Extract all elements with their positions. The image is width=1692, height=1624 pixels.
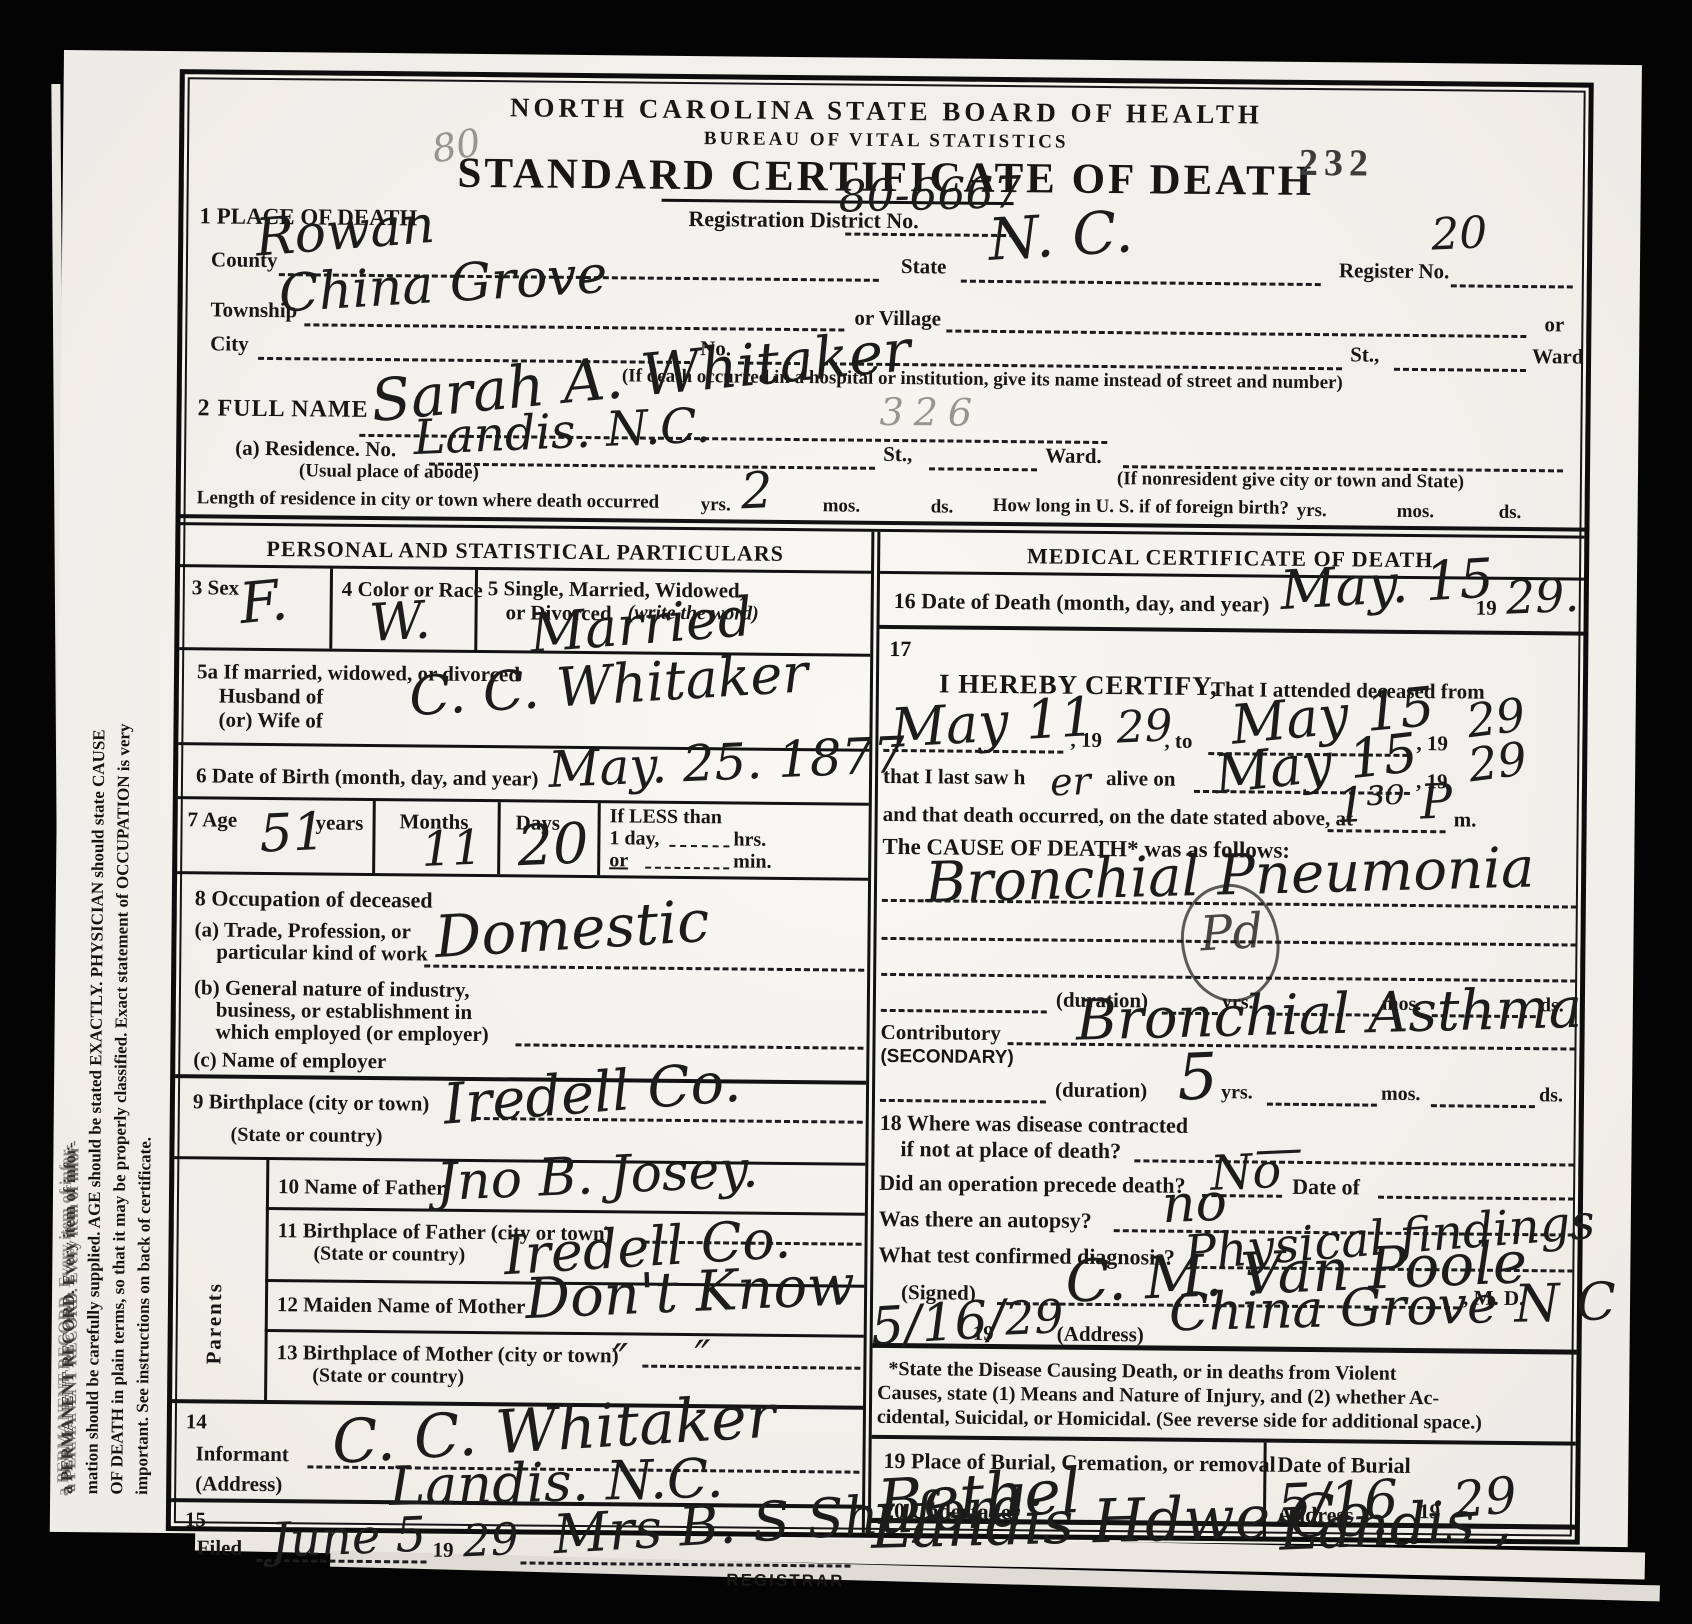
color-race-value: W.: [368, 594, 432, 650]
dotted-line: [929, 467, 1037, 471]
yrs-value: 2: [740, 465, 774, 516]
dotted-line: [1394, 368, 1526, 372]
duration2-mos-label: mos.: [1381, 1084, 1421, 1106]
dotted-line: [515, 1043, 863, 1049]
from-year-value: 29: [1116, 704, 1174, 750]
pencil-number-top: 80: [429, 123, 483, 168]
birthplace-note: (State or country): [230, 1125, 382, 1148]
dod-year-value: 29.: [1505, 572, 1580, 621]
sex-value: F.: [237, 573, 290, 633]
register-no-value: 20: [1430, 211, 1488, 257]
rule: [879, 625, 1583, 636]
autopsy-label: Was there an autopsy?: [879, 1207, 1092, 1233]
sex-label: 3 Sex: [192, 576, 239, 599]
filed-label: Filed: [197, 1536, 243, 1559]
dotted-line: [881, 1009, 1047, 1014]
ward-label: Ward: [1532, 345, 1584, 368]
dotted-line: [961, 280, 1321, 286]
informant-address-label: (Address): [195, 1472, 282, 1496]
age-min-label: min.: [733, 851, 772, 873]
age-less-label-1: If LESS than: [610, 806, 722, 829]
married-to-label-3: (or) Wife of: [218, 709, 322, 733]
county-value: Rowan: [254, 199, 437, 265]
dob-value: May. 25. 1877: [547, 730, 906, 795]
address-label: (Address): [1057, 1323, 1144, 1347]
mother-name-label: 12 Maiden Name of Mother: [277, 1293, 526, 1318]
ds2-label: ds.: [1499, 503, 1522, 524]
cell-divider: [597, 803, 601, 875]
certificate-paper: a PERMANENT RECORD. Every item of infor-…: [50, 50, 1642, 1547]
informant-label: Informant: [195, 1442, 289, 1466]
occupation-a-label-2: particular kind of work: [216, 941, 428, 966]
duration2-yrs-label: yrs.: [1221, 1082, 1253, 1104]
birthplace-label: 9 Birthplace (city or town): [193, 1090, 430, 1115]
death-m-label: m.: [1454, 808, 1477, 831]
duration2-ds-label: ds.: [1539, 1085, 1563, 1107]
foreign-birth-label: How long in U. S. if of foreign birth?: [993, 496, 1289, 519]
pencil-number-name: 326: [879, 393, 982, 432]
mother-name-value: Don't Know: [524, 1258, 856, 1328]
mother-birthplace-label: 13 Birthplace of Mother (city or town): [276, 1341, 618, 1367]
cell-divider: [329, 569, 333, 649]
secondary-label: (SECONDARY): [880, 1047, 1014, 1069]
full-name-label: 2 FULL NAME: [197, 396, 368, 424]
last-saw-er: er: [1049, 762, 1091, 802]
dotted-line: [1451, 284, 1573, 288]
dotted-line: [1431, 1104, 1535, 1108]
filed-number: 15: [185, 1508, 206, 1531]
spouse-value: C. C. Whitaker: [408, 646, 810, 724]
residence-value: Landis. N.C.: [412, 401, 711, 462]
age-months-value: 11: [420, 823, 483, 874]
margin-instructions: a PERMANENT RECORD. Every item of infor-…: [54, 64, 168, 1495]
yrs2-label: yrs.: [1297, 501, 1327, 522]
age-less-label-2: 1 day,: [609, 828, 659, 850]
duration2-label: (duration): [1055, 1079, 1147, 1103]
dotted-line: [645, 867, 729, 870]
informant-number: 14: [186, 1410, 207, 1433]
q18-label-1: 18 Where was disease contracted: [880, 1111, 1189, 1138]
age-hrs-label: hrs.: [733, 829, 766, 851]
length-residence-label: Length of residence in city or town wher…: [197, 488, 660, 513]
mother-birthplace-value: ″ ″: [612, 1334, 739, 1383]
sign-year-value: 29: [1004, 1293, 1064, 1341]
footnote-line-1: *State the Disease Causing Death, or in …: [888, 1359, 1396, 1385]
street-label: St.,: [1350, 343, 1379, 366]
physician-address-value: China Grove N C: [1168, 1276, 1616, 1339]
duration2-value: 5: [1176, 1045, 1219, 1111]
mother-birthplace-note: (State or country): [312, 1365, 464, 1388]
township-or-label: or: [1544, 313, 1564, 336]
state-label: State: [901, 255, 947, 278]
operation-label: Did an operation precede death?: [879, 1171, 1186, 1198]
date-of-death-label: 16 Date of Death (month, day, and year): [894, 589, 1270, 616]
certificate-frame: NORTH CAROLINA STATE BOARD OF HEALTH BUR…: [166, 69, 1594, 1545]
personal-header: PERSONAL AND STATISTICAL PARTICULARS: [180, 536, 870, 566]
city-label: City: [210, 332, 249, 355]
occupation-label: 8 Occupation of deceased: [195, 886, 433, 912]
father-birthplace-note: (State or country): [313, 1243, 465, 1266]
residence-ward-label: Ward.: [1045, 444, 1102, 467]
filed-year-value: 29: [462, 1518, 520, 1564]
rule: [872, 1435, 1576, 1446]
nonresident-note: (If nonresident give city or town and St…: [1117, 469, 1464, 493]
ds-label: ds.: [931, 497, 954, 518]
dotted-line: [946, 329, 1526, 338]
residence-st-label: St.,: [883, 443, 912, 466]
dotted-line: [880, 1099, 1046, 1104]
age-years-value: 51: [258, 806, 326, 861]
q18-label-2: if not at place of death?: [900, 1137, 1121, 1163]
age-label: 7 Age: [188, 808, 238, 831]
mos-label: mos.: [823, 496, 861, 517]
filed-date-value: June 5: [270, 1511, 427, 1566]
death-time-value: 1³⁰ P: [1335, 777, 1454, 830]
occupation-b-label-3: which employed (or employer): [215, 1021, 488, 1046]
parents-label: Parents: [202, 1204, 226, 1364]
age-or-label: or: [609, 850, 628, 872]
undertaker-address-value: Landis ,: [1278, 1491, 1513, 1559]
cell-divider: [372, 801, 376, 873]
state-value-script: N. C.: [987, 202, 1135, 269]
sign-date-value: 5/16/: [869, 1293, 1006, 1353]
certificate-stamp-number: 232: [1299, 143, 1374, 185]
occupation-c-label: (c) Name of employer: [193, 1048, 386, 1073]
mos2-label: mos.: [1397, 502, 1435, 523]
yrs-label: yrs.: [701, 495, 731, 516]
death-occurred-label: and that death occurred, on the date sta…: [883, 803, 1354, 830]
scanned-death-certificate: a PERMANENT RECORD. Every item of infor-…: [0, 0, 1692, 1624]
office-stamp-text: Pd: [1199, 907, 1265, 959]
dotted-line: [1134, 1159, 1574, 1166]
dotted-line: [1267, 1103, 1377, 1107]
registrar-label: REGISTRAR: [726, 1571, 844, 1590]
last-saw-label-2: alive on: [1106, 767, 1176, 790]
register-no-label: Register No.: [1339, 259, 1450, 283]
dotted-line: [429, 463, 875, 470]
date-of-death-value: May. 15: [1278, 551, 1495, 618]
operation-date-label: Date of: [1292, 1175, 1360, 1199]
dob-label: 6 Date of Birth (month, day, and year): [196, 764, 539, 790]
contributory-label: Contributory: [881, 1021, 1001, 1045]
dotted-line: [669, 845, 729, 848]
contributory-value: Bronchial Asthma: [1075, 981, 1583, 1050]
filed-19-label: 19: [433, 1539, 454, 1562]
residence-label: (a) Residence. No.: [235, 437, 396, 461]
abode-note: (Usual place of abode): [299, 461, 479, 483]
age-days-value: 20: [516, 816, 590, 875]
cell-divider: [497, 802, 501, 874]
occupation-a-value: Domestic: [433, 892, 711, 966]
married-to-label-2: Husband of: [219, 685, 324, 709]
father-name-value: Jno B. Josey.: [435, 1143, 759, 1209]
footnote-line-3: cidental, Suicidal, or Homicidal. (See r…: [877, 1407, 1482, 1434]
saw-year-value: 29: [1465, 735, 1529, 788]
father-name-label: 10 Name of Father: [278, 1175, 446, 1199]
item-17-number: 17: [889, 637, 911, 661]
attended-from-value: May 11: [889, 690, 1096, 756]
